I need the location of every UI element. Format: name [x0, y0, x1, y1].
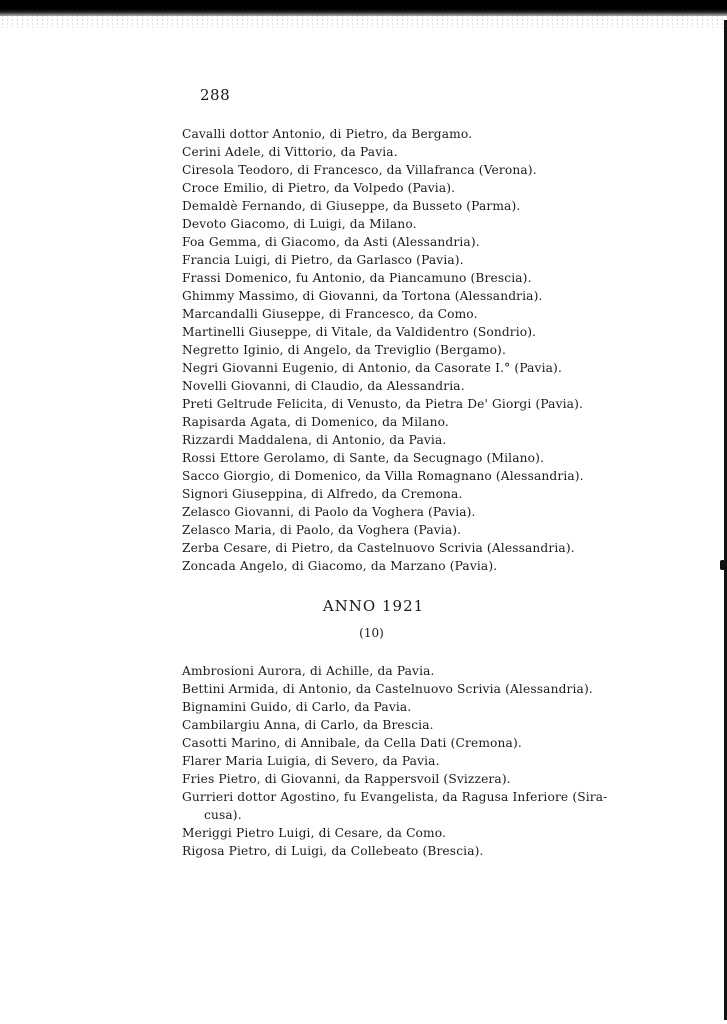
list-item: Zoncada Angelo, di Giacomo, da Marzano (… — [182, 557, 584, 575]
entry-line: Gurrieri dottor Agostino, fu Evangelista… — [182, 790, 607, 804]
section-heading-anno-1921: ANNO 1921 — [0, 597, 727, 615]
list-item: Gurrieri dottor Agostino, fu Evangelista… — [182, 788, 607, 824]
list-item: Fries Pietro, di Giovanni, da Rappersvoi… — [182, 770, 607, 788]
list-item: Foa Gemma, di Giacomo, da Asti (Alessand… — [182, 233, 584, 251]
list-item: Negretto Iginio, di Angelo, da Treviglio… — [182, 341, 584, 359]
list-item: Zelasco Giovanni, di Paolo da Voghera (P… — [182, 503, 584, 521]
list-item: Rossi Ettore Gerolamo, di Sante, da Secu… — [182, 449, 584, 467]
section-count: (10) — [0, 626, 727, 640]
list-item: Flarer Maria Luigia, di Severo, da Pavia… — [182, 752, 607, 770]
list-item: Croce Emilio, di Pietro, da Volpedo (Pav… — [182, 179, 584, 197]
list-item: Sacco Giorgio, di Domenico, da Villa Rom… — [182, 467, 584, 485]
list-item: Meriggi Pietro Luigi, di Cesare, da Como… — [182, 824, 607, 842]
list-item: Francia Luigi, di Pietro, da Garlasco (P… — [182, 251, 584, 269]
list-item: Martinelli Giuseppe, di Vitale, da Valdi… — [182, 323, 584, 341]
list-item: Cavalli dottor Antonio, di Pietro, da Be… — [182, 125, 584, 143]
list-item: Casotti Marino, di Annibale, da Cella Da… — [182, 734, 607, 752]
page-number: 288 — [200, 86, 230, 104]
list-item: Cambilargiu Anna, di Carlo, da Brescia. — [182, 716, 607, 734]
list-item: Rizzardi Maddalena, di Antonio, da Pavia… — [182, 431, 584, 449]
list-item: Cerini Adele, di Vittorio, da Pavia. — [182, 143, 584, 161]
entry-continuation: cusa). — [182, 806, 607, 824]
list-item: Zelasco Maria, di Paolo, da Voghera (Pav… — [182, 521, 584, 539]
list-item: Marcandalli Giuseppe, di Francesco, da C… — [182, 305, 584, 323]
list-item: Bettini Armida, di Antonio, da Castelnuo… — [182, 680, 607, 698]
list-item: Signori Giuseppina, di Alfredo, da Cremo… — [182, 485, 584, 503]
list-item: Frassi Domenico, fu Antonio, da Piancamu… — [182, 269, 584, 287]
list-item: Negri Giovanni Eugenio, di Antonio, da C… — [182, 359, 584, 377]
list-item: Preti Geltrude Felicita, di Venusto, da … — [182, 395, 584, 413]
list-item: Novelli Giovanni, di Claudio, da Alessan… — [182, 377, 584, 395]
list-item: Devoto Giacomo, di Luigi, da Milano. — [182, 215, 584, 233]
scan-edge-mark — [720, 560, 725, 570]
list-item: Ciresola Teodoro, di Francesco, da Villa… — [182, 161, 584, 179]
list-item: Rapisarda Agata, di Domenico, da Milano. — [182, 413, 584, 431]
name-list-previous-year: Cavalli dottor Antonio, di Pietro, da Be… — [182, 125, 584, 575]
scan-noise — [0, 14, 727, 28]
list-item: Rigosa Pietro, di Luigi, da Collebeato (… — [182, 842, 607, 860]
list-item: Ambrosioni Aurora, di Achille, da Pavia. — [182, 662, 607, 680]
list-item: Zerba Cesare, di Pietro, da Castelnuovo … — [182, 539, 584, 557]
list-item: Ghimmy Massimo, di Giovanni, da Tortona … — [182, 287, 584, 305]
list-item: Demaldè Fernando, di Giuseppe, da Busset… — [182, 197, 584, 215]
name-list-1921: Ambrosioni Aurora, di Achille, da Pavia.… — [182, 662, 607, 860]
list-item: Bignamini Guido, di Carlo, da Pavia. — [182, 698, 607, 716]
